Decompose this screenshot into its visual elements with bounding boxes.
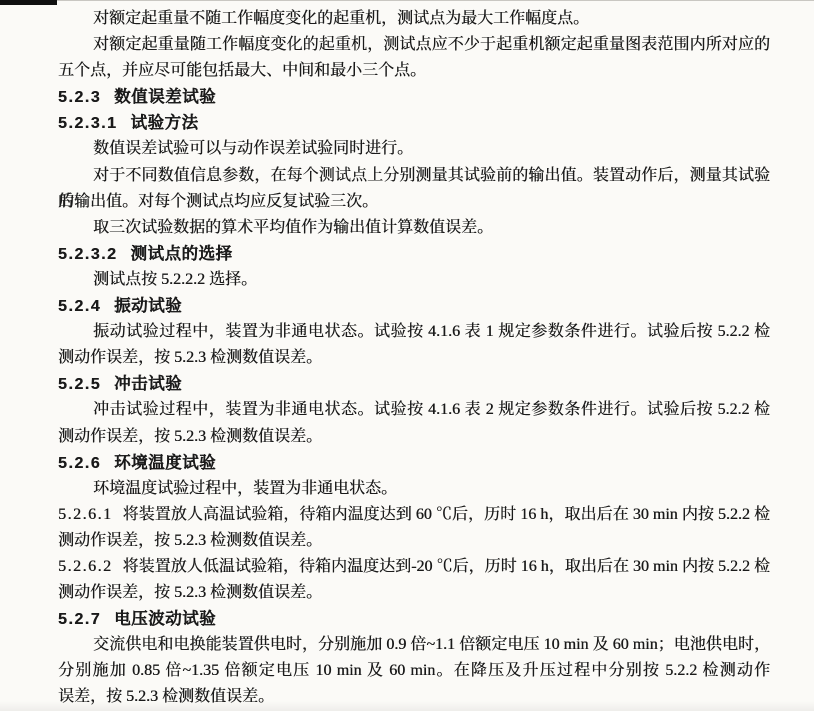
section-title: 数值误差试验 <box>114 88 216 106</box>
section-number: 5.2.3.1 <box>58 115 117 132</box>
text-line: 测动作误差，按 5.2.3 检测数值误差。 <box>58 424 770 450</box>
section-title: 电压波动试验 <box>114 610 216 628</box>
text-line: 取三次试验数据的算术平均值作为输出值计算数值误差。 <box>58 215 770 241</box>
text-line: 对额定起重量随工作幅度变化的起重机，测试点应不少于起重机额定起重量图表范围内所对… <box>58 32 770 58</box>
heading-5-2-6: 5.2.6环境温度试验 <box>58 450 770 476</box>
text-line: 测动作误差，按 5.2.3 检测数值误差。 <box>58 580 770 606</box>
section-number: 5.2.5 <box>58 376 101 393</box>
clause-number: 5.2.6.2 <box>58 558 113 575</box>
section-number: 5.2.4 <box>58 298 101 315</box>
heading-5-2-3-2: 5.2.3.2测试点的选择 <box>58 241 770 267</box>
scan-bottom-shade <box>0 701 814 711</box>
section-number: 5.2.3 <box>58 89 101 106</box>
text-line: 环境温度试验过程中，装置为非通电状态。 <box>58 476 770 502</box>
heading-5-2-7: 5.2.7电压波动试验 <box>58 606 770 632</box>
text-line: 交流供电和电换能装置供电时，分别施加 0.9 倍~1.1 倍额定电压 10 mi… <box>58 632 770 658</box>
clause-text: 将装置放人高温试验箱，待箱内温度达到 60 ℃后，历时 16 h，取出后在 30… <box>123 506 771 523</box>
section-number: 5.2.3.2 <box>58 246 117 263</box>
text-line: 的输出值。对每个测试点均应反复试验三次。 <box>58 189 770 215</box>
text-line: 对额定起重量不随工作幅度变化的起重机，测试点为最大工作幅度点。 <box>58 6 770 32</box>
section-number: 5.2.7 <box>58 611 101 628</box>
scan-edge-line <box>0 0 814 1</box>
section-title: 冲击试验 <box>114 375 182 393</box>
text-line: 分别施加 0.85 倍~1.35 倍额定电压 10 min 及 60 min。在… <box>58 658 770 684</box>
text-line: 数值误差试验可以与动作误差试验同时进行。 <box>58 136 770 162</box>
document-text-block: 对额定起重量不随工作幅度变化的起重机，测试点为最大工作幅度点。 对额定起重量随工… <box>58 6 770 711</box>
text-line: 测动作误差，按 5.2.3 检测数值误差。 <box>58 528 770 554</box>
section-title: 测试点的选择 <box>130 245 232 263</box>
heading-5-2-4: 5.2.4振动试验 <box>58 293 770 319</box>
section-number: 5.2.6 <box>58 455 101 472</box>
text-line: 五个点，并应尽可能包括最大、中间和最小三个点。 <box>58 58 770 84</box>
scan-corner-mark <box>0 0 57 5</box>
heading-5-2-3-1: 5.2.3.1试验方法 <box>58 110 770 136</box>
clause-number: 5.2.6.1 <box>58 506 113 523</box>
document-page: 对额定起重量不随工作幅度变化的起重机，测试点为最大工作幅度点。 对额定起重量随工… <box>0 0 814 711</box>
section-title: 振动试验 <box>114 297 182 315</box>
text-line: 振动试验过程中，装置为非通电状态。试验按 4.1.6 表 1 规定参数条件进行。… <box>58 319 770 345</box>
section-title: 环境温度试验 <box>114 454 216 472</box>
text-line: 冲击试验过程中，装置为非通电状态。试验按 4.1.6 表 2 规定参数条件进行。… <box>58 397 770 423</box>
text-line: 测试点按 5.2.2.2 选择。 <box>58 267 770 293</box>
text-line: 测动作误差，按 5.2.3 检测数值误差。 <box>58 345 770 371</box>
clause-text: 将装置放人低温试验箱，待箱内温度达到-20 ℃后，历时 16 h，取出后在 30… <box>123 558 771 575</box>
text-line: 对于不同数值信息参数，在每个测试点上分别测量其试验前的输出值。装置动作后，测量其… <box>58 163 770 189</box>
clause-line-5-2-6-1: 5.2.6.1将装置放人高温试验箱，待箱内温度达到 60 ℃后，历时 16 h，… <box>58 502 770 528</box>
section-title: 试验方法 <box>130 114 198 132</box>
clause-line-5-2-6-2: 5.2.6.2将装置放人低温试验箱，待箱内温度达到-20 ℃后，历时 16 h，… <box>58 554 770 580</box>
heading-5-2-3: 5.2.3数值误差试验 <box>58 84 770 110</box>
heading-5-2-5: 5.2.5冲击试验 <box>58 371 770 397</box>
